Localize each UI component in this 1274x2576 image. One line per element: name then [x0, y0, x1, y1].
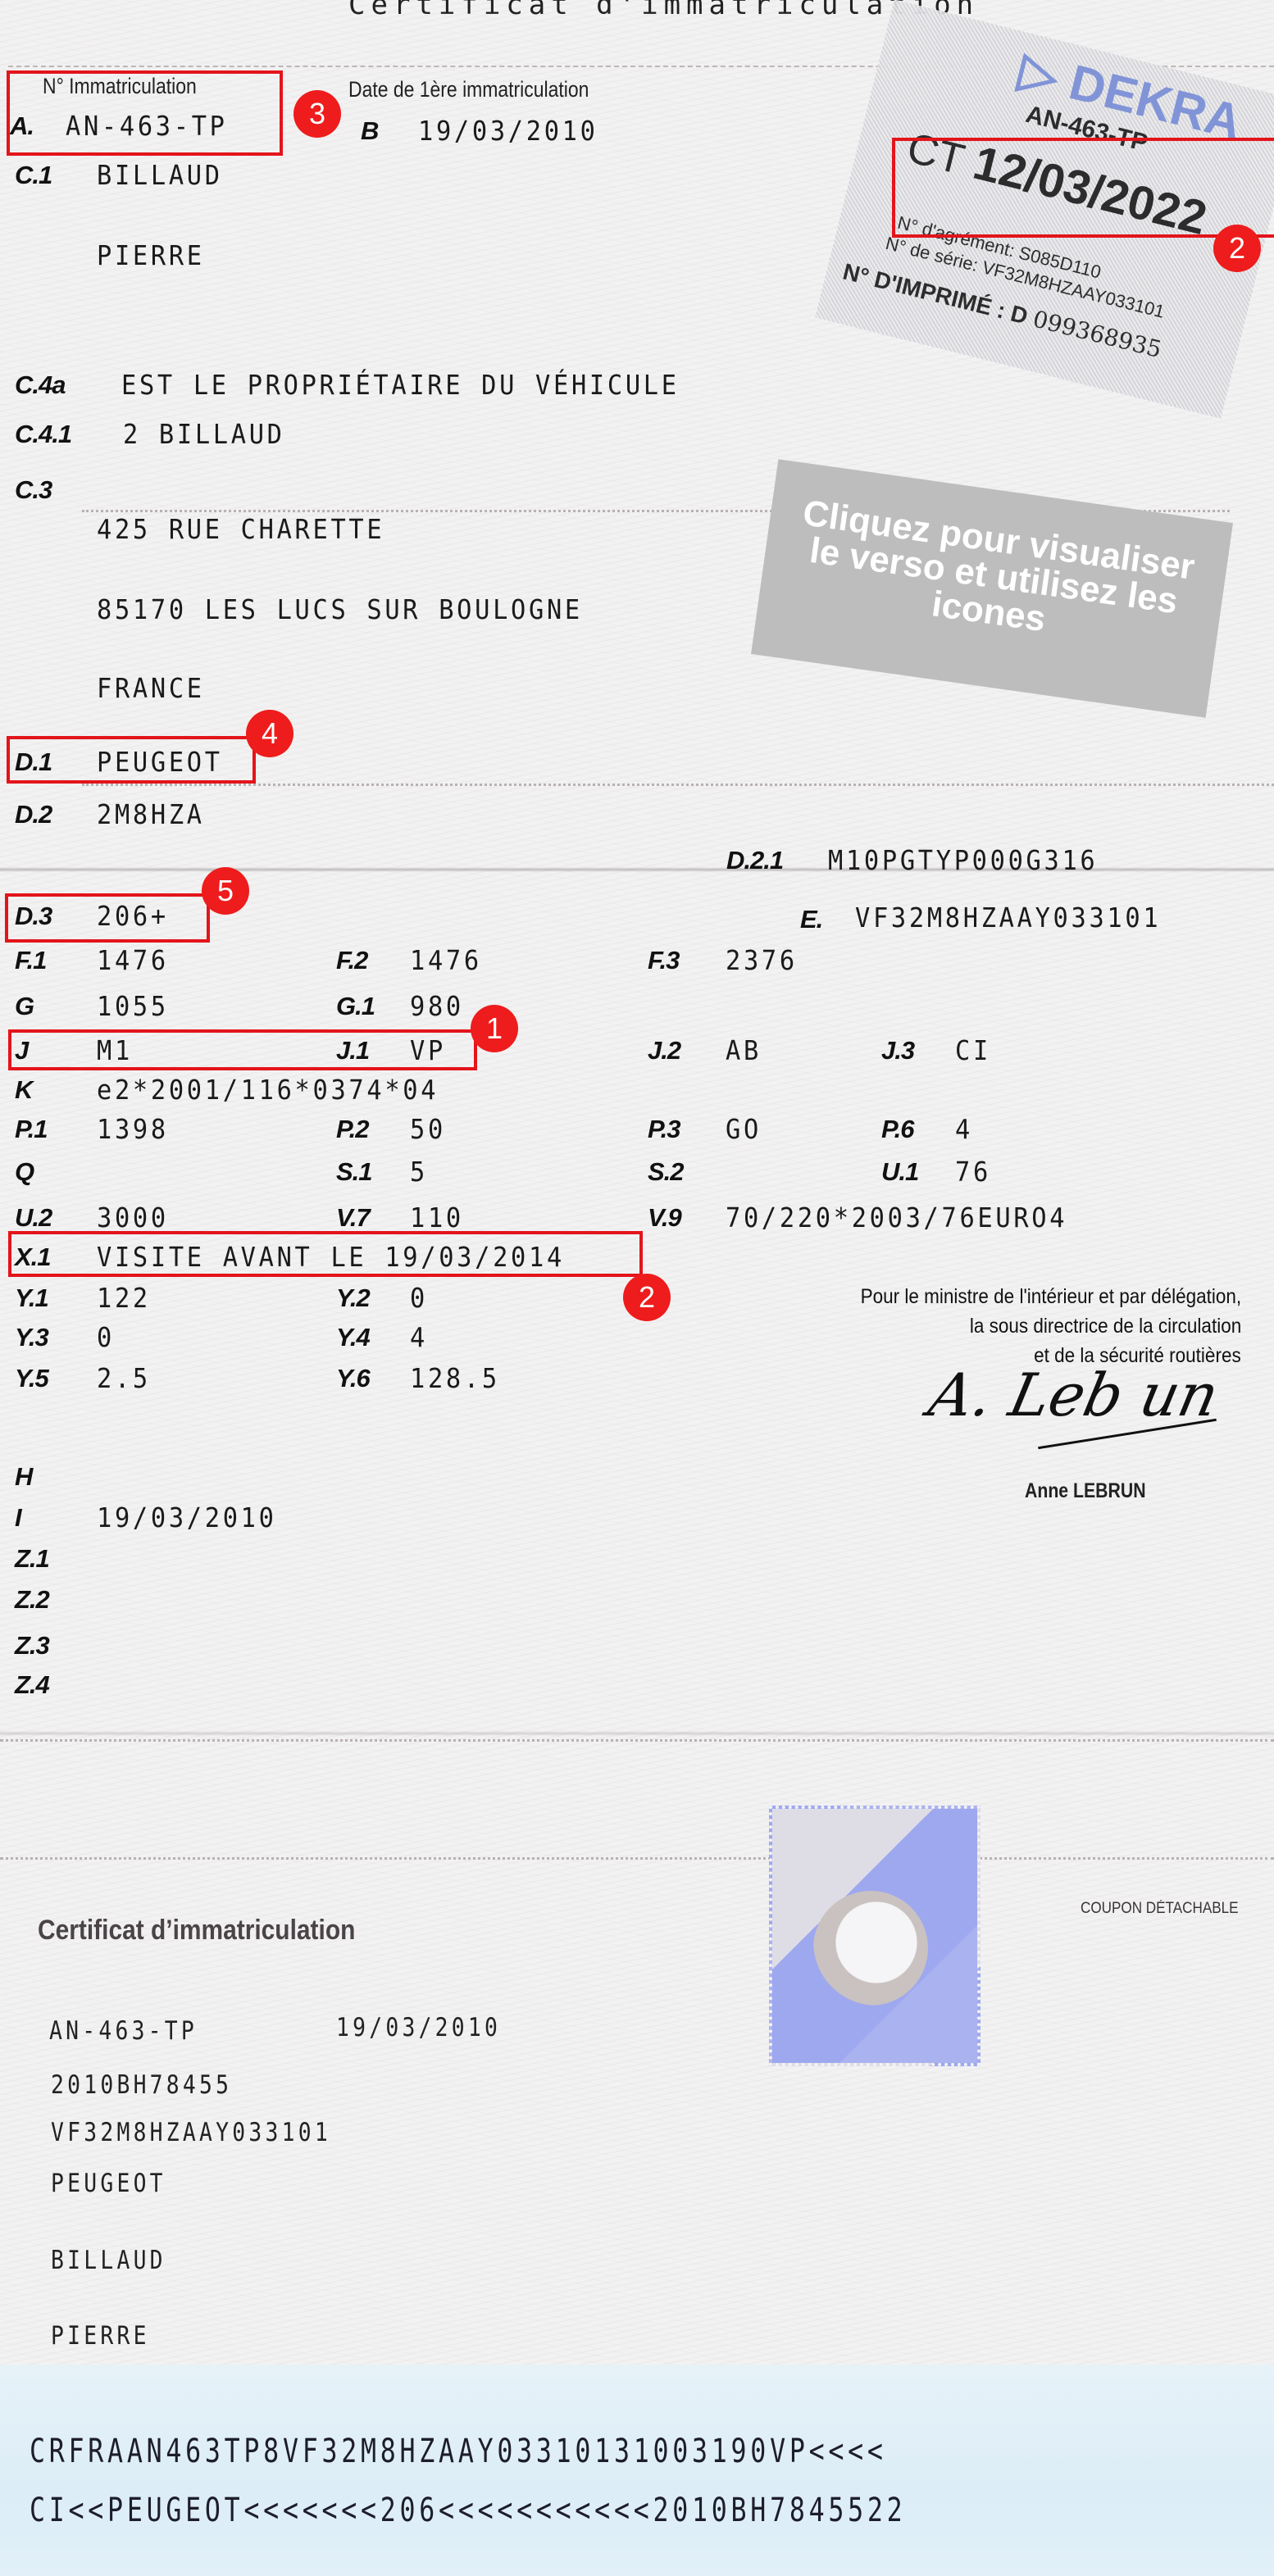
- label-U1: U.1: [881, 1157, 918, 1187]
- value-P2: 50: [410, 1113, 446, 1145]
- value-P3: GO: [726, 1113, 762, 1145]
- label-C3: C.3: [15, 475, 52, 505]
- label-I: I: [15, 1503, 21, 1533]
- value-Y5: 2.5: [97, 1362, 151, 1394]
- label-Q: Q: [15, 1157, 34, 1187]
- badge-3[interactable]: 3: [293, 90, 341, 138]
- label-Z2: Z.2: [15, 1585, 49, 1615]
- label-C1: C.1: [15, 161, 52, 190]
- divider: [0, 1857, 1274, 1860]
- label-B: B: [361, 116, 378, 146]
- value-address-line-3: FRANCE: [97, 672, 205, 704]
- value-Y4: 4: [410, 1321, 428, 1353]
- value-U1: 76: [955, 1156, 991, 1188]
- value-Y1: 122: [97, 1282, 151, 1314]
- document-title: Certificat d'immatriculation: [348, 0, 979, 21]
- label-K: K: [15, 1075, 32, 1105]
- value-owner-status: EST LE PROPRIÉTAIRE DU VÉHICULE: [121, 369, 680, 401]
- signature-line-2: la sous directrice de la circulation: [970, 1315, 1241, 1338]
- label-Z4: Z.4: [15, 1670, 49, 1700]
- value-Y3: 0: [97, 1321, 115, 1353]
- label-G: G: [15, 992, 34, 1021]
- value-V7: 110: [410, 1202, 464, 1233]
- highlight-brand: [7, 736, 256, 784]
- label-Z1: Z.1: [15, 1544, 49, 1574]
- label-Y6: Y.6: [336, 1364, 370, 1393]
- signatory-name: Anne LEBRUN: [1025, 1479, 1146, 1503]
- mrz-band: [0, 2365, 1274, 2576]
- label-H: H: [15, 1462, 32, 1492]
- label-J2: J.2: [648, 1036, 680, 1065]
- label-P6: P.6: [881, 1115, 914, 1144]
- value-V9: 70/220*2003/76EURO4: [726, 1202, 1067, 1233]
- label-Y2: Y.2: [336, 1283, 370, 1313]
- value-I: 19/03/2010: [97, 1502, 277, 1533]
- first-registration-header: Date de 1ère immatriculation: [348, 77, 589, 102]
- coupon-formula-number: 2010BH78455: [51, 2070, 232, 2100]
- label-J3: J.3: [881, 1036, 914, 1065]
- value-J3: CI: [955, 1034, 991, 1066]
- label-C4a: C.4a: [15, 370, 65, 400]
- label-Y3: Y.3: [15, 1323, 48, 1352]
- globe-emblem-icon: [813, 1891, 928, 2006]
- label-F1: F.1: [15, 946, 46, 975]
- label-C41: C.4.1: [15, 420, 71, 449]
- badge-2-ct[interactable]: 2: [1213, 225, 1261, 272]
- label-F3: F.3: [648, 946, 679, 975]
- label-Y4: Y.4: [336, 1323, 370, 1352]
- coupon-title: Certificat d’immatriculation: [38, 1915, 355, 1947]
- label-D2: D.2: [15, 800, 52, 829]
- coupon-detachable-label: COUPON DÉTACHABLE: [1081, 1900, 1239, 1918]
- badge-1[interactable]: 1: [471, 1005, 518, 1052]
- label-F2: F.2: [336, 946, 367, 975]
- value-K: e2*2001/116*0374*04: [97, 1074, 439, 1106]
- badge-2-inspection[interactable]: 2: [623, 1274, 671, 1321]
- value-S1: 5: [410, 1156, 428, 1188]
- signature-line-1: Pour le ministre de l'intérieur et par d…: [860, 1285, 1241, 1309]
- label-V7: V.7: [336, 1203, 370, 1233]
- fold-crease: [0, 1731, 1274, 1736]
- value-address-line-2: 85170 LES LUCS SUR BOULOGNE: [97, 593, 583, 625]
- label-S2: S.2: [648, 1157, 684, 1187]
- coupon-brand: PEUGEOT: [51, 2169, 166, 2198]
- value-Y6: 128.5: [410, 1362, 500, 1394]
- stamp-image: [769, 1806, 981, 2066]
- highlight-registration-number: [7, 70, 283, 156]
- highlight-inspection: [8, 1231, 643, 1277]
- value-cnit: M10PGTYP000G316: [828, 844, 1098, 876]
- value-first-registration-date: 19/03/2010: [418, 115, 598, 147]
- badge-4[interactable]: 4: [246, 710, 293, 757]
- value-F3: 2376: [726, 944, 798, 976]
- label-G1: G.1: [336, 992, 375, 1021]
- mrz-line-1: CRFRAAN463TP8VF32M8HZAAY03310131003190VP…: [30, 2433, 887, 2470]
- label-Z3: Z.3: [15, 1631, 49, 1661]
- label-Y1: Y.1: [15, 1283, 48, 1313]
- value-address-line-1: 425 RUE CHARETTE: [97, 513, 384, 545]
- signature-handwriting: A. Leb un: [923, 1361, 1225, 1429]
- coupon-first-name: PIERRE: [51, 2321, 150, 2351]
- value-P6: 4: [955, 1113, 973, 1145]
- label-D21: D.2.1: [726, 846, 783, 875]
- label-P3: P.3: [648, 1115, 680, 1144]
- badge-5[interactable]: 5: [202, 867, 249, 915]
- value-F2: 1476: [410, 944, 482, 976]
- highlight-ct-date: [892, 138, 1274, 238]
- value-first-name: PIERRE: [97, 239, 205, 271]
- value-co-owners: 2 BILLAUD: [123, 418, 285, 450]
- value-U2: 3000: [97, 1202, 169, 1233]
- highlight-category: [8, 1029, 477, 1070]
- divider: [0, 1739, 1274, 1742]
- value-vin: VF32M8HZAAY033101: [855, 902, 1161, 934]
- label-P1: P.1: [15, 1115, 48, 1144]
- coupon-plate: AN-463-TP: [49, 2016, 198, 2046]
- value-G1: 980: [410, 990, 464, 1022]
- divider: [82, 784, 1274, 786]
- value-G: 1055: [97, 990, 169, 1022]
- label-P2: P.2: [336, 1115, 369, 1144]
- label-U2: U.2: [15, 1203, 52, 1233]
- coupon-vin: VF32M8HZAAY033101: [51, 2118, 331, 2147]
- label-V9: V.9: [648, 1203, 681, 1233]
- coupon-last-name: BILLAUD: [51, 2246, 166, 2275]
- coupon-date: 19/03/2010: [336, 2013, 501, 2042]
- view-verso-label: Cliquez pour visualiser le verso et util…: [790, 495, 1196, 657]
- value-Y2: 0: [410, 1282, 428, 1314]
- label-S1: S.1: [336, 1157, 372, 1187]
- label-Y5: Y.5: [15, 1364, 48, 1393]
- value-last-name: BILLAUD: [97, 159, 223, 191]
- value-P1: 1398: [97, 1113, 169, 1145]
- value-F1: 1476: [97, 944, 169, 976]
- value-J2: AB: [726, 1034, 762, 1066]
- highlight-model: [5, 893, 210, 943]
- value-type: 2M8HZA: [97, 798, 205, 830]
- mrz-line-2: CI<<PEUGEOT<<<<<<<206<<<<<<<<<<<2010BH78…: [30, 2492, 906, 2529]
- label-E: E.: [800, 905, 822, 934]
